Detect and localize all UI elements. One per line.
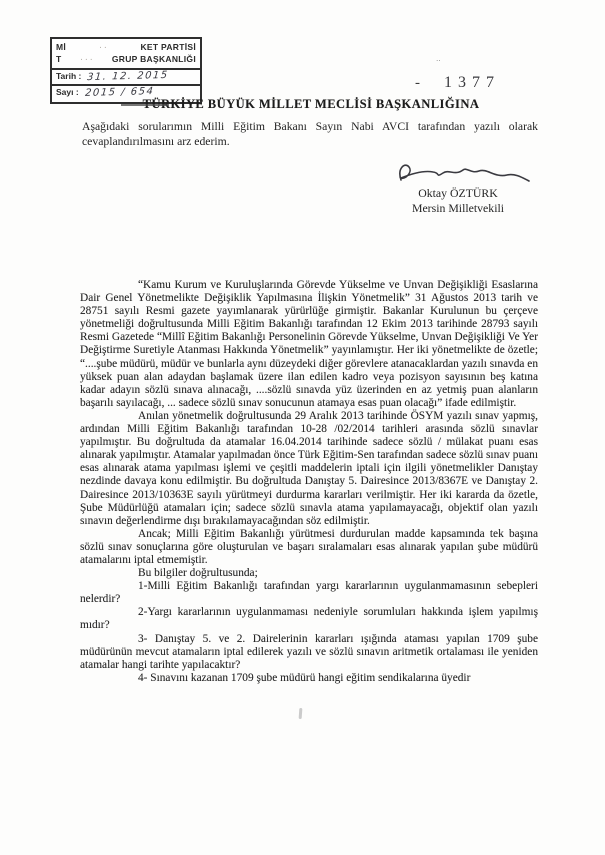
scan-artifact-strike <box>121 104 169 106</box>
stamp-party-line1-faded: · · <box>66 43 140 54</box>
stamp-party-line1-right: KET PARTİSİ <box>140 42 196 53</box>
body-paragraph: Anılan yönetmelik doğrultusunda 29 Aralı… <box>80 410 538 528</box>
signatory-name: Oktay ÖZTÜRK <box>358 186 558 201</box>
party-group-stamp: Mİ · · KET PARTİSİ T · · · GRUP BAŞKANLI… <box>50 37 202 104</box>
signature-scribble-icon <box>383 158 533 188</box>
body-paragraph-lead-in: Bu bilgiler doğrultusunda; <box>80 567 538 580</box>
registry-number: 1377 <box>444 74 500 92</box>
question-item: 3- Danıştay 5. ve 2. Dairelerinin kararl… <box>80 633 538 672</box>
question-item: 4- Sınavını kazanan 1709 şube müdürü han… <box>80 672 538 685</box>
stamp-number-label: Sayı : <box>56 87 79 97</box>
signatory-title: Mersin Milletvekili <box>358 201 558 216</box>
registry-dash: - <box>415 75 420 92</box>
registry-number-block: - 1377 <box>415 74 500 92</box>
body-paragraph: Ancak; Milli Eğitim Bakanlığı yürütmesi … <box>80 528 538 567</box>
question-item: 1-Milli Eğitim Bakanlığı tarafından yarg… <box>80 580 538 606</box>
stamp-date-row: Tarih : 31. 12. 2015 <box>52 70 200 86</box>
signature-block: Oktay ÖZTÜRK Mersin Milletvekili <box>358 158 558 216</box>
stamp-party-line1-left: Mİ <box>56 42 66 53</box>
document-body: “Kamu Kurum ve Kuruluşlarında Görevde Yü… <box>80 279 538 685</box>
stamp-date-value-handwritten: 31. 12. 2015 <box>87 70 169 83</box>
stamp-date-label: Tarih : <box>56 71 81 81</box>
stamp-party-line-2: T · · · GRUP BAŞKANLIĞI <box>56 54 196 66</box>
petition-intro: Aşağıdaki sorularımın Milli Eğitim Bakan… <box>82 120 538 149</box>
question-item: 2-Yargı kararlarının uygulanmaması neden… <box>80 606 538 632</box>
body-paragraph: “Kamu Kurum ve Kuruluşlarında Görevde Yü… <box>80 279 538 410</box>
scan-artifact-ticks: ‥ <box>436 58 445 61</box>
stamp-party-line2-faded: · · · <box>62 55 112 66</box>
scan-artifact-smudge <box>299 708 303 719</box>
scanned-document-page: Mİ · · KET PARTİSİ T · · · GRUP BAŞKANLI… <box>0 0 605 855</box>
stamp-party-line-1: Mİ · · KET PARTİSİ <box>56 42 196 54</box>
stamp-party-header: Mİ · · KET PARTİSİ T · · · GRUP BAŞKANLI… <box>52 39 200 70</box>
stamp-party-line2-right: GRUP BAŞKANLIĞI <box>112 54 196 65</box>
